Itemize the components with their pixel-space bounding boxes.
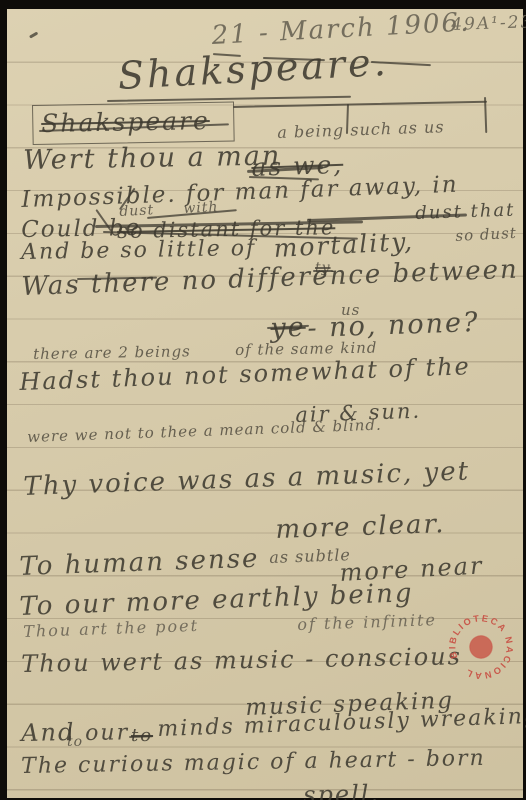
manuscript-line: minds miraculously wreaking bbox=[157, 706, 526, 741]
manuscript-line: To human sense bbox=[19, 546, 260, 580]
manuscript-line: of the infinite bbox=[297, 612, 437, 633]
manuscript-line: our bbox=[85, 722, 129, 745]
pencil-stroke bbox=[69, 727, 71, 741]
manuscript-line: were we not to thee a mean cold & blind. bbox=[27, 418, 382, 445]
manuscript-line: Thou wert as music - conscious bbox=[21, 644, 462, 676]
pencil-stroke bbox=[313, 270, 333, 272]
pencil-stroke bbox=[29, 32, 38, 39]
manuscript-line: a being such as us bbox=[277, 119, 445, 141]
manuscript-line: there are 2 beings bbox=[33, 344, 191, 362]
paper: 49A¹-2321 - March 1906.Shakspeare.Shaksp… bbox=[7, 9, 523, 798]
manuscript-line: so dust bbox=[455, 226, 517, 244]
pencil-stroke bbox=[484, 97, 487, 133]
manuscript-line: more clear. bbox=[275, 511, 446, 543]
pencil-stroke bbox=[233, 101, 487, 108]
manuscript-line: - no, none? bbox=[307, 309, 480, 342]
pencil-box bbox=[32, 101, 235, 145]
photographed-manuscript: 49A¹-2321 - March 1906.Shakspeare.Shaksp… bbox=[0, 0, 526, 800]
manuscript-line: The curious magic of a heart - born bbox=[21, 748, 486, 778]
manuscript-line: Impossible. for man far away, in bbox=[21, 174, 459, 212]
manuscript-line: Wert thou a man bbox=[23, 142, 282, 174]
manuscript-line: mortality, bbox=[273, 229, 415, 261]
manuscript-line: Shakspeare. bbox=[117, 43, 390, 95]
manuscript-line: Thou art the poet bbox=[23, 618, 199, 640]
manuscript-line: spell. bbox=[303, 782, 380, 800]
manuscript-line: dust that bbox=[415, 202, 516, 223]
manuscript-line: Thy voice was as a music, yet bbox=[23, 458, 470, 500]
library-stamp: BIBLIOTECA NACIONAL bbox=[427, 593, 526, 701]
manuscript-line: And be so little of bbox=[21, 238, 256, 264]
